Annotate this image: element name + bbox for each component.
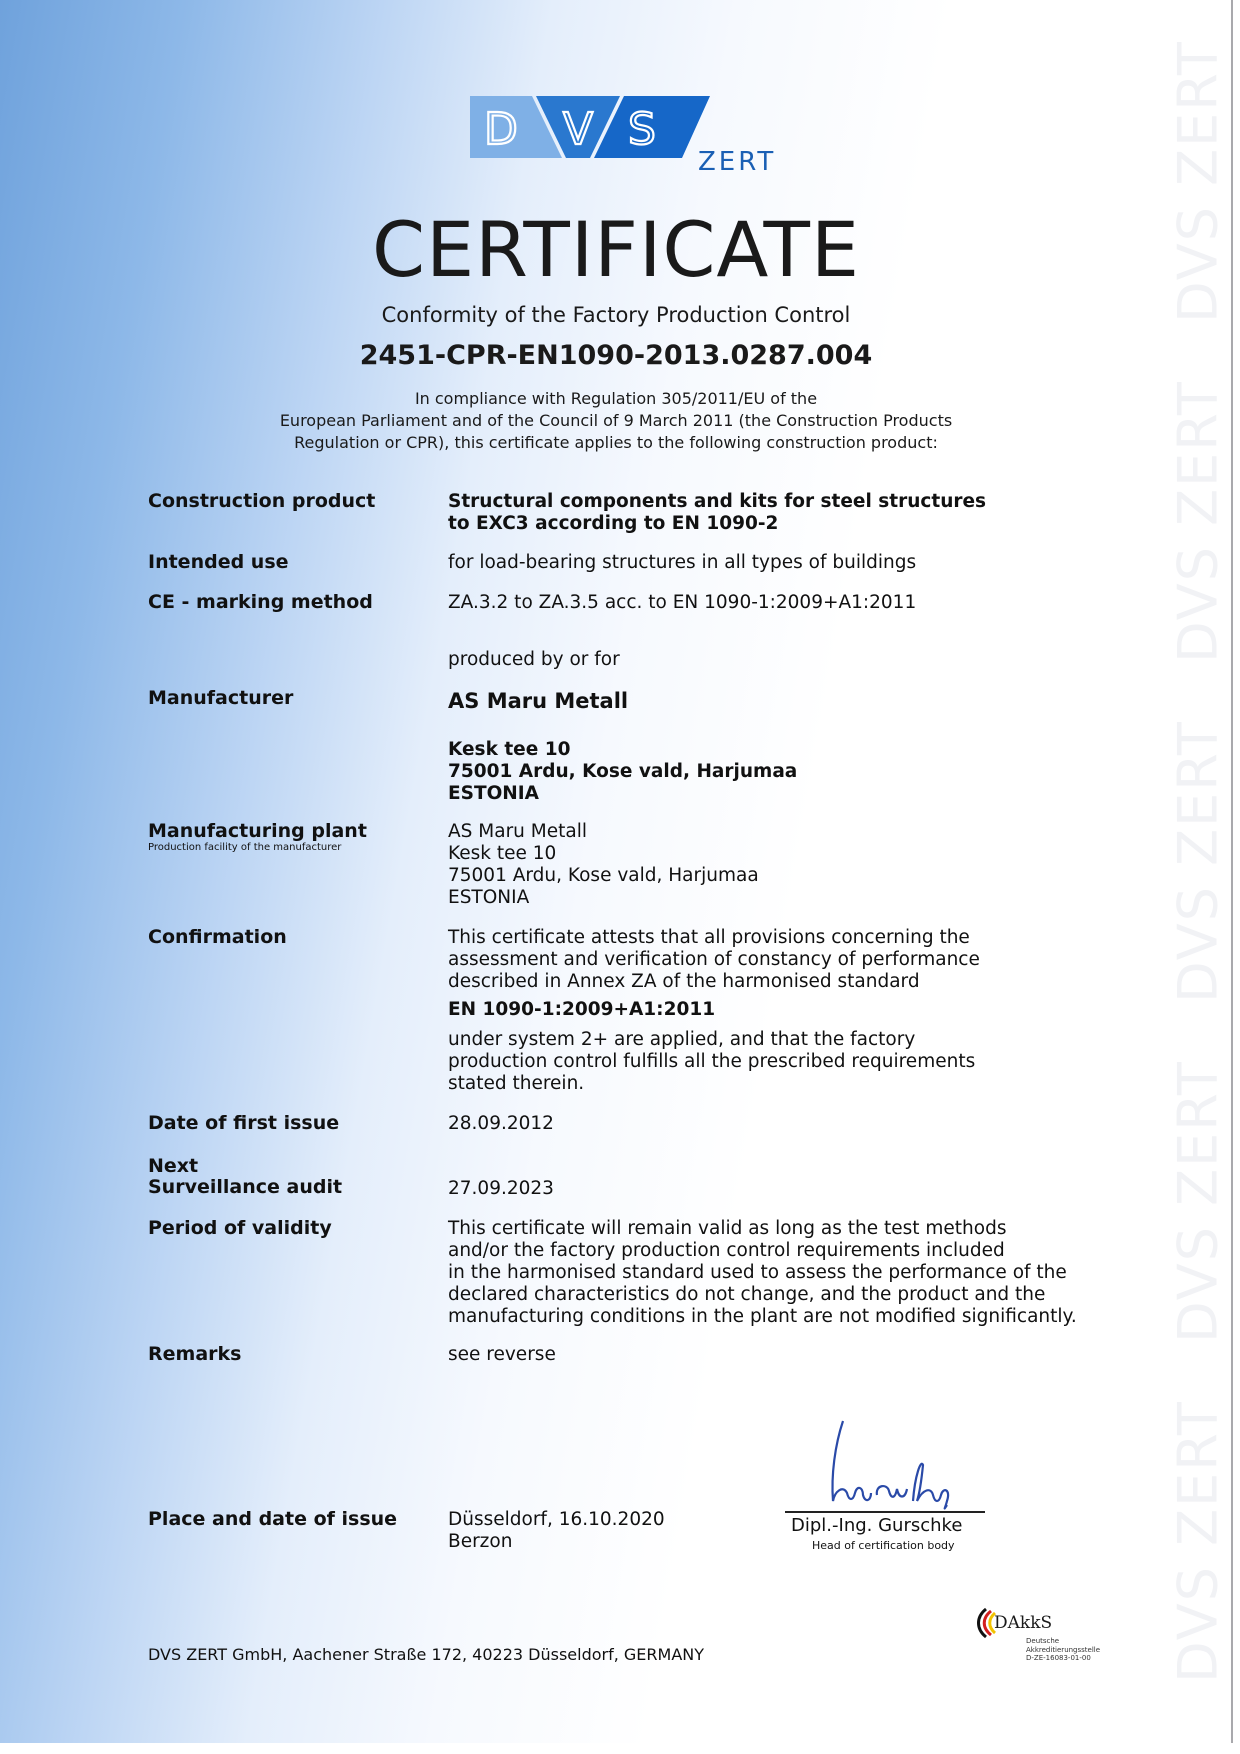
page-edge [1231,0,1233,1743]
intended-use-value: for load-bearing structures in all types… [448,552,916,574]
place-date-label: Place and date of issue [148,1509,397,1530]
svg-text:V: V [563,104,593,155]
signatory-role: Head of certification body [812,1539,955,1552]
remarks-value: see reverse [448,1344,556,1366]
place-date-value: Düsseldorf, 16.10.2020 Berzon [448,1509,665,1553]
certificate-title: CERTIFICATE [0,205,1232,294]
manufacturer-name: AS Maru Metall [448,690,628,712]
signature-line [785,1511,985,1513]
surveillance-label: Next Surveillance audit [148,1156,342,1198]
watermark-text: DVS ZERT [1168,1060,1228,1343]
ce-marking-value: ZA.3.2 to ZA.3.5 acc. to EN 1090-1:2009+… [448,592,916,614]
signature-mark [805,1415,985,1515]
dakks-details: Deutsche Akkreditierungsstelle D-ZE-1608… [1026,1637,1100,1663]
certificate-number: 2451-CPR-EN1090-2013.0287.004 [0,340,1232,371]
produced-by-text: produced by or for [448,649,620,671]
issuer-address: DVS ZERT GmbH, Aachener Straße 172, 4022… [148,1645,704,1664]
remarks-label: Remarks [148,1344,241,1365]
confirmation-label: Confirmation [148,927,287,948]
manufacturing-plant-value: AS Maru Metall Kesk tee 10 75001 Ardu, K… [448,821,759,909]
validity-text: This certificate will remain valid as lo… [448,1218,1077,1328]
certificate-page: DVS ZERT DVS ZERT DVS ZERT DVS ZERT DVS … [0,0,1232,1743]
manufacturer-label: Manufacturer [148,688,293,709]
intended-use-label: Intended use [148,552,289,573]
ce-marking-label: CE - marking method [148,592,373,613]
first-issue-value: 28.09.2012 [448,1113,554,1135]
compliance-statement: In compliance with Regulation 305/2011/E… [0,388,1232,454]
first-issue-label: Date of first issue [148,1113,339,1134]
harmonised-standard: EN 1090-1:2009+A1:2011 [448,999,980,1021]
construction-product-value: Structural components and kits for steel… [448,491,986,535]
dvs-zert-logo: D V S ZERT [470,96,790,174]
watermark-text: DVS ZERT [1168,720,1228,1003]
confirmation-text: This certificate attests that all provis… [448,927,980,1095]
construction-product-label: Construction product [148,491,375,512]
signatory-name: Dipl.-Ing. Gurschke [791,1515,962,1536]
certificate-subtitle: Conformity of the Factory Production Con… [0,303,1232,327]
svg-text:D: D [484,104,518,155]
watermark-text: DVS ZERT [1168,1400,1228,1683]
svg-text:ZERT: ZERT [698,147,776,174]
manufacturing-plant-sublabel: Production facility of the manufacturer [148,842,367,854]
manufacturer-address: Kesk tee 10 75001 Ardu, Kose vald, Harju… [448,739,797,805]
manufacturing-plant-label: Manufacturing plant Production facility … [148,821,367,854]
validity-label: Period of validity [148,1218,332,1239]
svg-text:S: S [628,104,656,155]
dakks-name: DAkkS [994,1613,1052,1633]
dakks-arcs-icon [972,1605,996,1641]
dakks-accreditation-logo: DAkkS Deutsche Akkreditierungsstelle D-Z… [972,1605,1122,1675]
surveillance-value: 27.09.2023 [448,1178,554,1200]
